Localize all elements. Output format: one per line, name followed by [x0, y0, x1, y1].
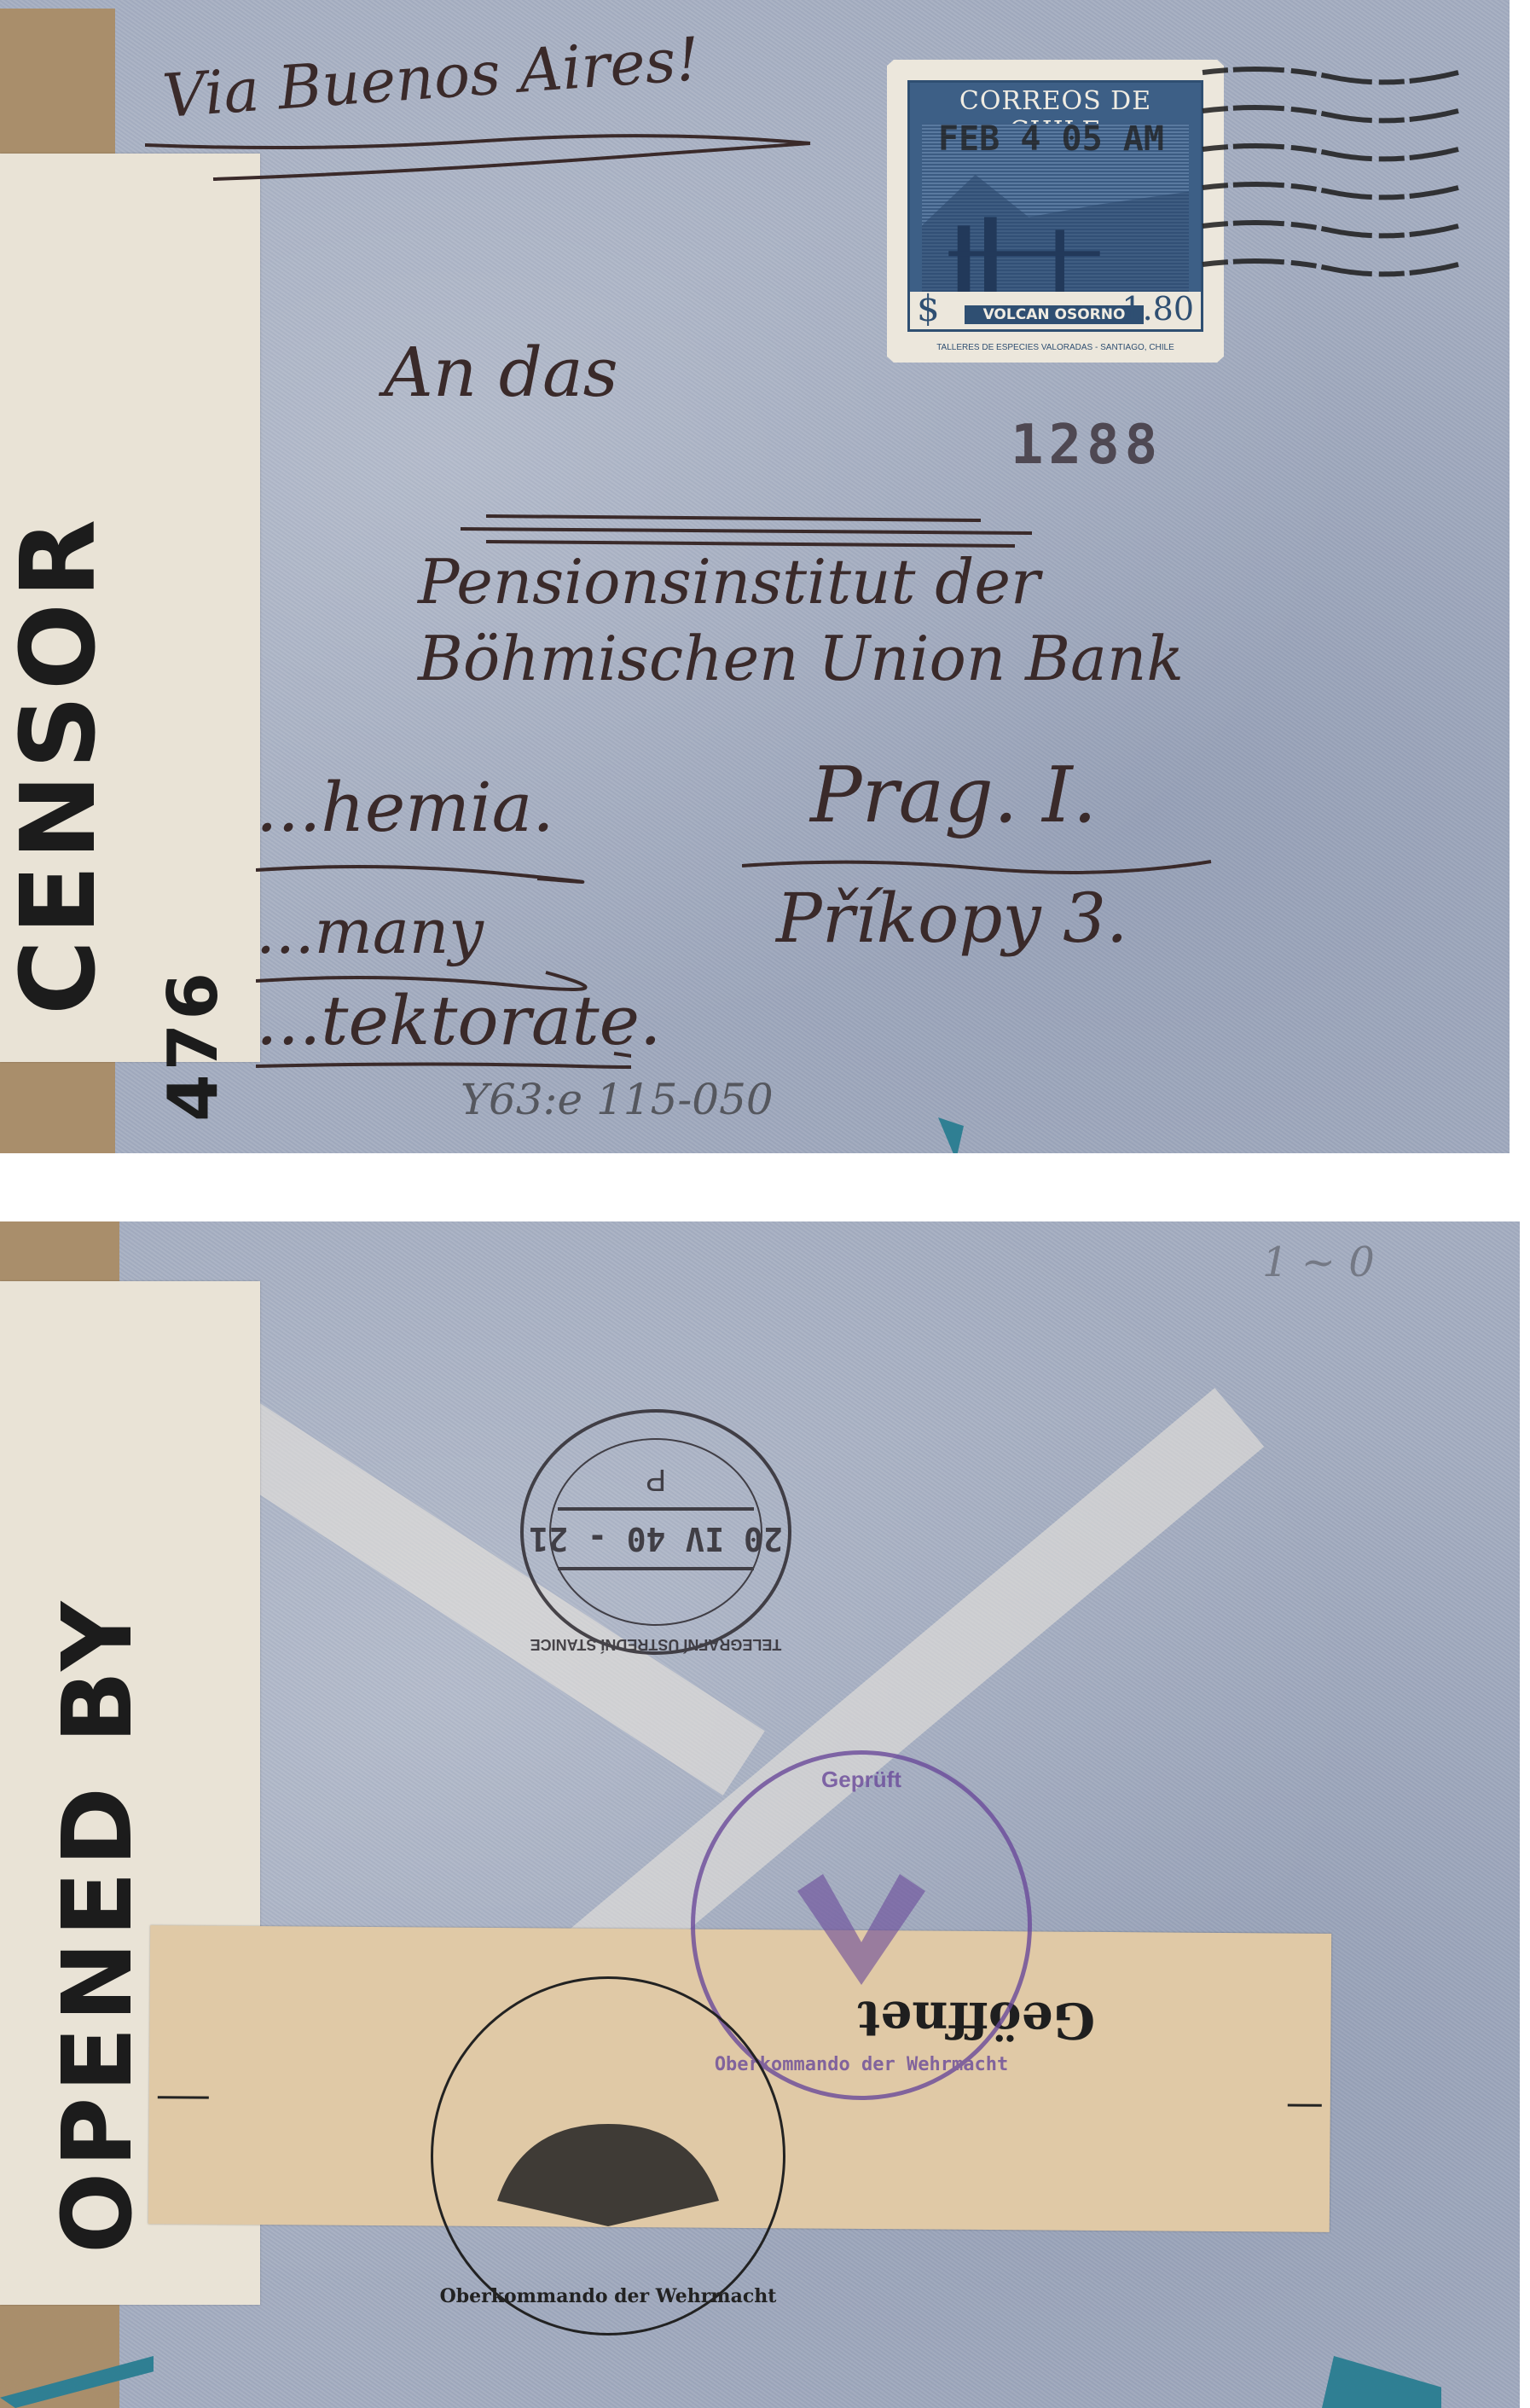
address-line-5: Příkopy 3. [776, 879, 1127, 958]
pencil-note: Y63:e 115-050 [461, 1075, 774, 1124]
postmark-letter: P [524, 1462, 788, 1498]
address-line-4: Prag. I. [810, 751, 1097, 840]
envelope-back: 1 ~ 0 OPENED BY TELEGRAFNÍ ÚSTŘEDNÍ STAN… [0, 1221, 1520, 2408]
label-mark-right [1288, 2103, 1322, 2106]
black-censor-seal: Oberkommando der Wehrmacht [431, 1976, 785, 2335]
purple-mark-top-text: Geprüft [695, 1767, 1028, 1793]
postmark-ring-text: TELEGRAFNÍ ÚSTŘEDNÍ STANICE [524, 1635, 788, 1653]
blue-paper-fragment [938, 1117, 964, 1153]
stamp-bottom-band: $ VOLCAN OSORNO 1.80 [910, 292, 1201, 329]
postmark-bar-top [558, 1567, 754, 1570]
routing-underline [145, 128, 827, 196]
stamp-subject: VOLCAN OSORNO [965, 305, 1144, 324]
postmark-date: 20 IV 40 - 21 [524, 1520, 788, 1558]
country-line-1: ...hemia. [256, 768, 554, 847]
censor-label: CENSOR 476 [0, 154, 260, 1062]
stamp-value: 1.80 [1121, 290, 1194, 328]
eagle-silhouette-icon [763, 1840, 959, 1993]
back-pencil-note: 1 ~ 0 [1262, 1239, 1375, 1286]
censor-word: CENSOR [0, 514, 119, 1015]
stamp-printer: TALLERES DE ESPECIES VALORADAS - SANTIAG… [887, 343, 1224, 352]
postage-stamp: CORREOS DE CHILE $ VOLCAN OSORNO 1.80 TA… [887, 60, 1224, 363]
address-line-3: Böhmischen Union Bank [418, 623, 1184, 694]
city-underline [742, 853, 1220, 879]
machine-cancel-wavy-lines [1194, 51, 1475, 307]
address-line-2: Pensionsinstitut der [418, 546, 1040, 618]
black-seal-ring-text: Oberkommando der Wehrmacht [433, 2285, 783, 2307]
stamp-frame: CORREOS DE CHILE $ VOLCAN OSORNO 1.80 [907, 80, 1203, 332]
postmark-bar-bottom [558, 1507, 754, 1511]
machine-cancel-date: FEB 4 05 AM [938, 119, 1164, 159]
transit-postmark: TELEGRAFNÍ ÚSTŘEDNÍ STANICE P 20 IV 40 -… [520, 1409, 791, 1655]
label-mark-left [158, 2096, 209, 2098]
stamp-currency: $ [917, 287, 940, 329]
blue-tape-fragment-right [1322, 2356, 1441, 2408]
country-underlines [256, 853, 631, 1083]
envelope-front: CENSOR 476 Via Buenos Aires! CORREOS DE … [0, 0, 1510, 1153]
eagle-silhouette-icon [489, 2073, 727, 2235]
censor-number: 476 [154, 969, 233, 1122]
address-line-1: An das [384, 333, 618, 412]
routing-note: Via Buenos Aires! [160, 24, 702, 131]
opened-by-text: OPENED BY [43, 1597, 154, 2254]
registry-number: 1288 [1011, 414, 1162, 477]
